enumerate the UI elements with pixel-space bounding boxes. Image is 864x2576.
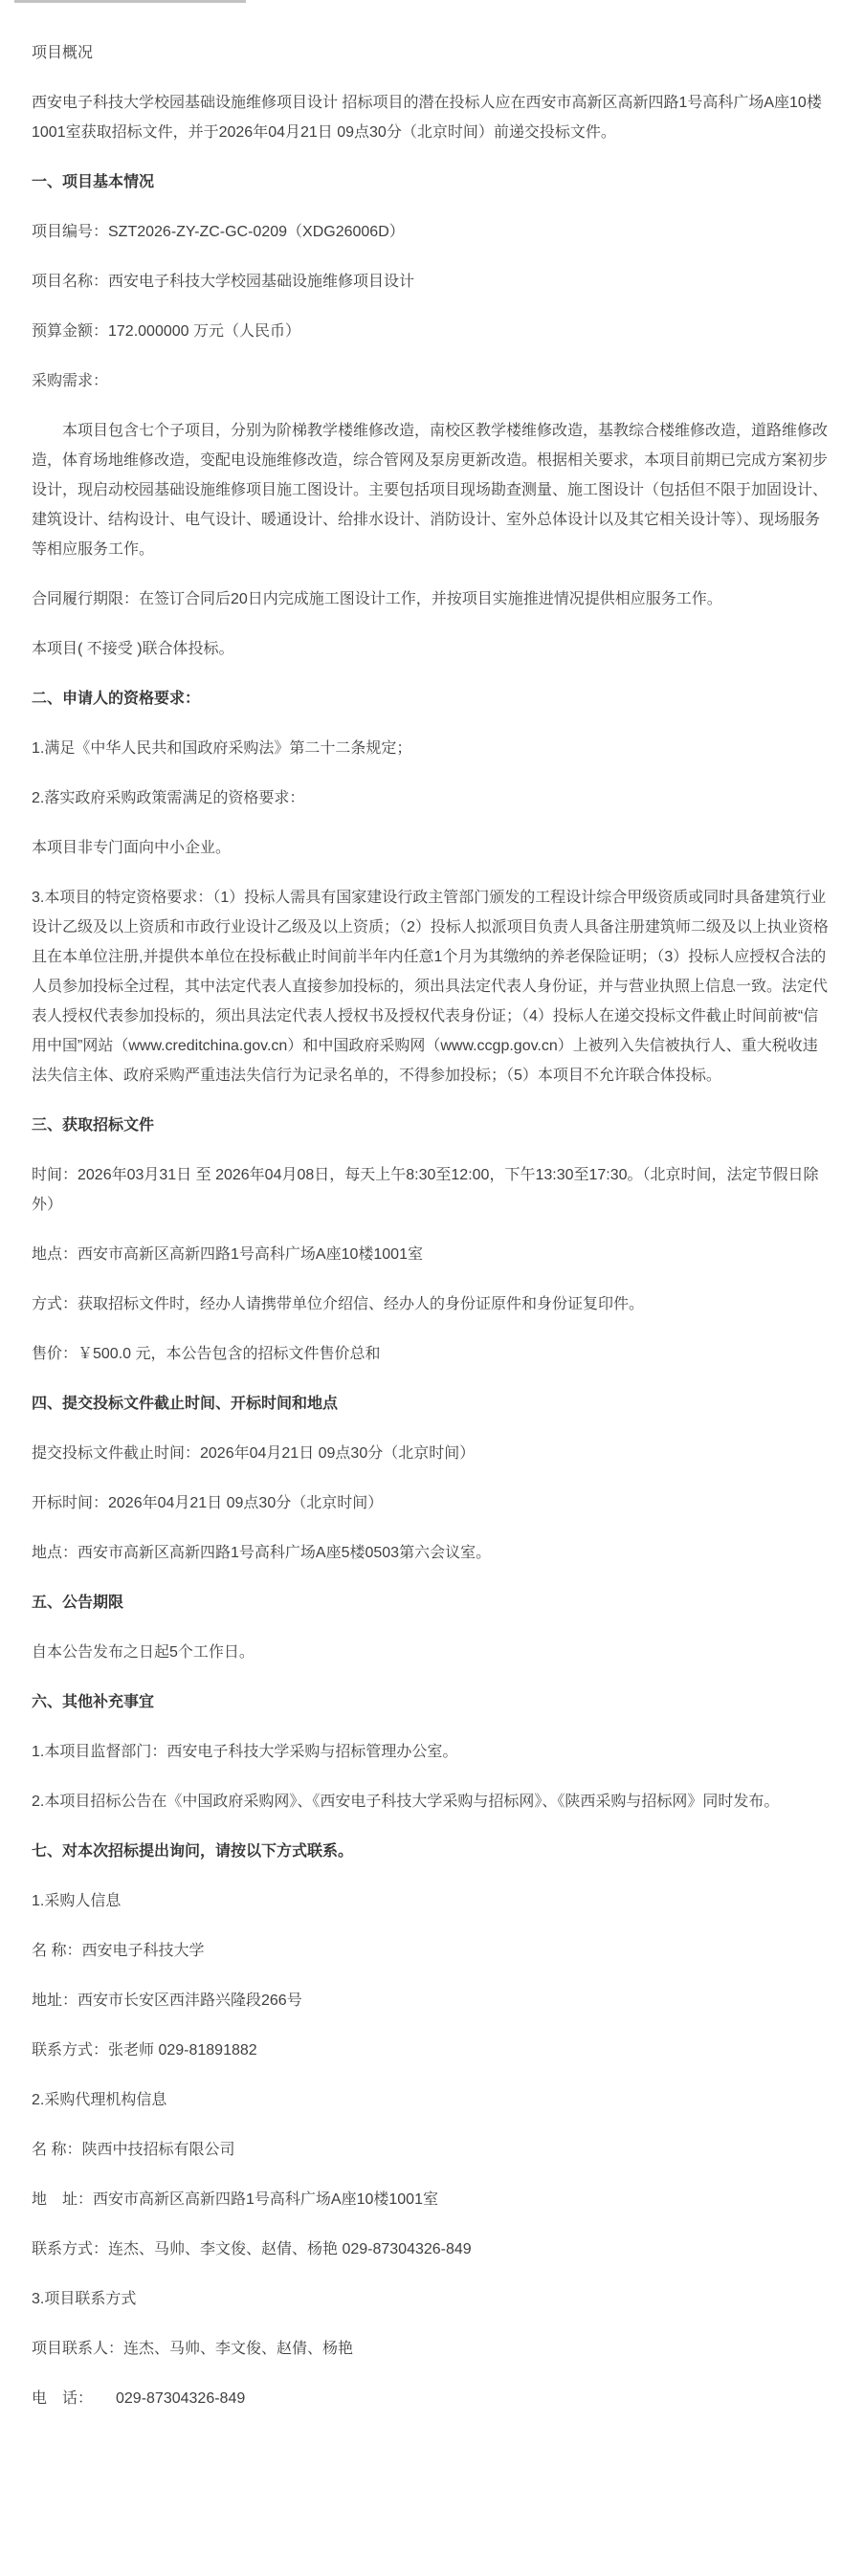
doc-paragraph: 联系方式：张老师 029-81891882 (32, 2036, 830, 2065)
doc-paragraph: 开标时间：2026年04月21日 09点30分（北京时间） (32, 1488, 830, 1518)
doc-paragraph: 提交投标文件截止时间：2026年04月21日 09点30分（北京时间） (32, 1439, 830, 1468)
section-heading: 五、公告期限 (32, 1588, 830, 1618)
doc-paragraph: 本项目包含七个子项目，分别为阶梯教学楼维修改造，南校区教学楼维修改造，基教综合楼… (32, 416, 830, 564)
doc-paragraph: 1.满足《中华人民共和国政府采购法》第二十二条规定； (32, 734, 830, 763)
doc-paragraph: 1.本项目监督部门：西安电子科技大学采购与招标管理办公室。 (32, 1737, 830, 1767)
cropped-text-artifact (14, 0, 246, 3)
doc-paragraph: 自本公告发布之日起5个工作日。 (32, 1638, 830, 1667)
doc-paragraph: 名 称：西安电子科技大学 (32, 1936, 830, 1966)
doc-paragraph: 地点：西安市高新区高新四路1号高科广场A座10楼1001室 (32, 1240, 830, 1269)
doc-paragraph: 本项目( 不接受 )联合体投标。 (32, 634, 830, 664)
doc-paragraph: 1.采购人信息 (32, 1886, 830, 1916)
announcement-page: 项目概况西安电子科技大学校园基础设施维修项目设计 招标项目的潜在投标人应在西安市… (0, 0, 864, 2576)
doc-paragraph: 3.项目联系方式 (32, 2284, 830, 2314)
doc-paragraph: 2.本项目招标公告在《中国政府采购网》、《西安电子科技大学采购与招标网》、《陕西… (32, 1787, 830, 1816)
doc-paragraph: 项目概况 (32, 38, 830, 68)
section-heading: 六、其他补充事宜 (32, 1687, 830, 1717)
doc-paragraph: 预算金额：172.000000 万元（人民币） (32, 317, 830, 346)
doc-paragraph: 时间：2026年03月31日 至 2026年04月08日，每天上午8:30至12… (32, 1160, 830, 1220)
doc-paragraph: 3.本项目的特定资格要求：（1）投标人需具有国家建设行政主管部门颁发的工程设计综… (32, 883, 830, 1090)
doc-paragraph: 地点：西安市高新区高新四路1号高科广场A座5楼0503第六会议室。 (32, 1538, 830, 1568)
doc-paragraph: 2.采购代理机构信息 (32, 2085, 830, 2115)
doc-paragraph: 项目名称：西安电子科技大学校园基础设施维修项目设计 (32, 267, 830, 297)
section-heading: 二、申请人的资格要求： (32, 684, 830, 714)
section-heading: 三、获取招标文件 (32, 1111, 830, 1140)
doc-paragraph: 项目联系人：连杰、马帅、李文俊、赵倩、杨艳 (32, 2334, 830, 2364)
doc-paragraph: 地址：西安市长安区西沣路兴隆段266号 (32, 1986, 830, 2015)
doc-paragraph: 本项目非专门面向中小企业。 (32, 833, 830, 863)
section-heading: 一、项目基本情况 (32, 167, 830, 197)
doc-paragraph: 西安电子科技大学校园基础设施维修项目设计 招标项目的潜在投标人应在西安市高新区高… (32, 88, 830, 147)
tender-announcement-document: 项目概况西安电子科技大学校园基础设施维修项目设计 招标项目的潜在投标人应在西安市… (0, 0, 864, 2413)
section-heading: 四、提交投标文件截止时间、开标时间和地点 (32, 1389, 830, 1419)
doc-paragraph: 售价：￥500.0 元，本公告包含的招标文件售价总和 (32, 1339, 830, 1369)
doc-paragraph: 采购需求： (32, 366, 830, 396)
doc-paragraph: 电 话： 029-87304326-849 (32, 2384, 830, 2413)
doc-paragraph: 方式：获取招标文件时，经办人请携带单位介绍信、经办人的身份证原件和身份证复印件。 (32, 1289, 830, 1319)
doc-paragraph: 地 址：西安市高新区高新四路1号高科广场A座10楼1001室 (32, 2185, 830, 2214)
doc-paragraph: 名 称：陕西中技招标有限公司 (32, 2135, 830, 2165)
doc-paragraph: 联系方式：连杰、马帅、李文俊、赵倩、杨艳 029-87304326-849 (32, 2235, 830, 2264)
doc-paragraph: 合同履行期限：在签订合同后20日内完成施工图设计工作，并按项目实施推进情况提供相… (32, 584, 830, 614)
doc-paragraph: 2.落实政府采购政策需满足的资格要求： (32, 783, 830, 813)
section-heading: 七、对本次招标提出询问，请按以下方式联系。 (32, 1837, 830, 1866)
doc-paragraph: 项目编号：SZT2026-ZY-ZC-GC-0209（XDG26006D） (32, 217, 830, 247)
